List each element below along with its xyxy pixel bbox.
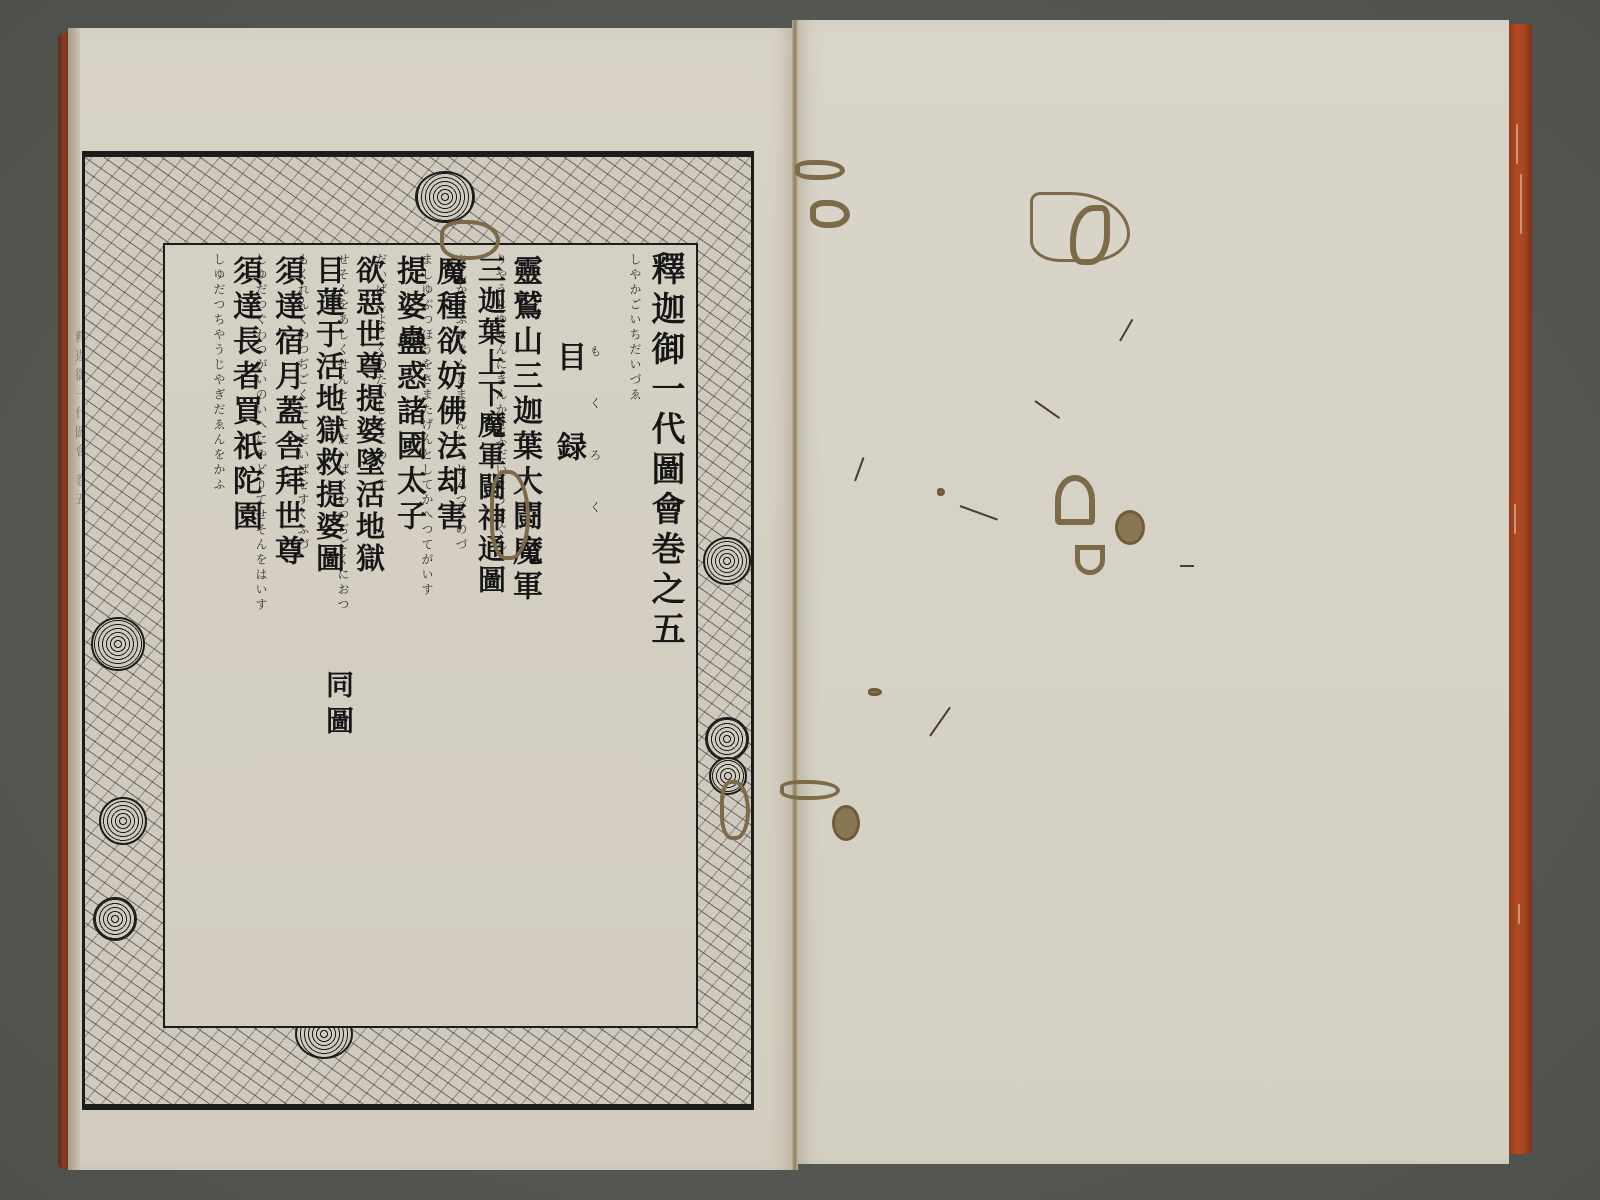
contents-entry: 欲惡世尊提婆墜活地獄 (349, 255, 390, 575)
cloud-swirl-icon (93, 897, 137, 941)
book-title: 釋迦御一代圖會巻之五 (641, 251, 690, 651)
left-page-edge (68, 28, 80, 1170)
text-panel: しやかごいちだいづゑ 釋迦御一代圖會巻之五 もくろく 目録 りやうじゆせんにきん… (163, 243, 698, 1028)
cloud-swirl-icon (705, 717, 749, 761)
contents-entry: 提婆蠱惑諸國太子 (386, 255, 430, 535)
book-cover-right-edge (1508, 24, 1532, 1154)
cloud-swirl-icon (703, 537, 751, 585)
contents-entry: 目蓮于活地獄救提婆圖 (309, 255, 350, 575)
book-gutter (792, 20, 798, 1170)
contents-entry-suffix: 同圖 (318, 670, 358, 742)
cloud-swirl-icon (99, 797, 147, 845)
contents-heading: 目録 (546, 341, 590, 521)
cloud-swirl-icon (91, 617, 145, 671)
phoenix-head-icon (415, 171, 475, 223)
contents-entry: 須達宿月蓋舎拜世尊 (264, 255, 308, 570)
right-page (797, 20, 1509, 1164)
contents-entry: 須達長者買祇陀園 (222, 255, 266, 535)
contents-entry: 魔種欲妨佛法却害 (426, 255, 470, 535)
